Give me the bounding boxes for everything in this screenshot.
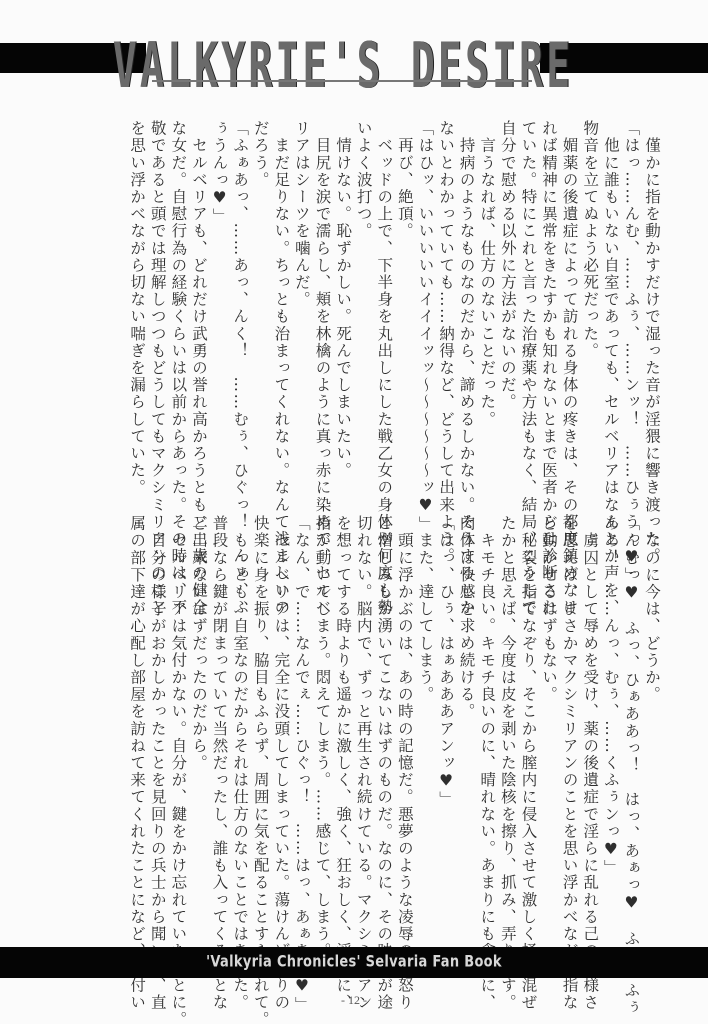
text-line: なのに今は、どうか。 xyxy=(641,515,662,923)
text-line: セルベリアは気付かない。自分が、鍵をかけ忘れていたことに。 xyxy=(168,515,189,923)
text-line: を思い浮かべながら切ない喘ぎを漏らしていた。 xyxy=(127,120,148,492)
text-line: 他に誰もいない自室であっても、セルベリアはなんとか声を、 xyxy=(600,120,621,492)
text-line: な女だ。自慰行為の経験くらいは以前からあった。その時は、不 xyxy=(168,120,189,492)
text-line: ど動かせるはずもない。 xyxy=(538,515,559,923)
text-line: 普段なら鍵が閉まっていて当然だったし、誰も入ってくることな xyxy=(209,515,230,923)
text-line: いよく波打つ。 xyxy=(353,120,374,492)
text-line: だろう。 xyxy=(250,120,271,492)
text-line: ないとわかっていても……納得など、どうして出来よう。 xyxy=(435,120,456,492)
text-line: 「はっ、ひぅ、はぁあああアンッ♥」 xyxy=(435,515,456,923)
text-line: 自分で慰める以外に方法がないのだ。 xyxy=(497,120,518,492)
body-text-top: 僅かに指を動かすだけで湿った音が淫猥に響き渡った。「はっ……んむ、……ふぅ、……… xyxy=(127,120,662,492)
text-line: ぅうんっ♥」 xyxy=(209,120,230,492)
text-line: 肉体は快感を求め続ける。 xyxy=(456,515,477,923)
text-line: 言うなれば、仕方のないことだった。 xyxy=(477,120,498,492)
text-line: 持病のようなものなのだから、諦めるしかない。そうするしか xyxy=(456,120,477,492)
text-line: れば精神に異常をきたすかも知れないとまで医者からは診断され xyxy=(538,120,559,492)
text-line: キモチ良い。キモチ良いのに、晴れない。あまりにも貪欲に、 xyxy=(477,515,498,923)
title-underline xyxy=(152,80,532,82)
text-line: 「んむっ♥ ふっ、ひぁああっ！ はっ、あぁっ♥ ふぅ、ふぅ xyxy=(621,515,642,923)
text-line: ど出来ないはずだったのだから。 xyxy=(188,515,209,923)
text-line: 情けない。恥ずかしい。死んでしまいたい。 xyxy=(333,120,354,492)
text-line: 敬であると頭では理解しつつもどうしてもマクシミリアンのこと xyxy=(147,120,168,492)
page-title: VALKYRIE'S DESIRE xyxy=(113,31,573,102)
text-line: ああ！ ……んっ、むぅ、……くふぅンっ♥」 xyxy=(600,515,621,923)
text-line: また、達してしまう。 xyxy=(415,515,436,923)
text-line: を思えば、まさかマクシミリアンのことを思い浮かべながら指な xyxy=(559,515,580,923)
body-text-bottom: なのに今は、どうか。「んむっ♥ ふっ、ひぁああっ！ はっ、あぁっ♥ ふぅ、ふぅあ… xyxy=(127,515,662,923)
text-line: 頭に浮かぶのは、あの時の記憶だ。悪夢のような凌辱の、怒り xyxy=(394,515,415,923)
text-line: 物音を立てぬよう必死だった。 xyxy=(580,120,601,492)
text-line: セルベリアも、どれだけ武勇の誉れ高かろうとも二二歳の健全 xyxy=(188,120,209,492)
text-line: 目尻を涙で濡らし、頬を林檎のように真っ赤に染めて、セルベ xyxy=(312,120,333,492)
text-line: ていた。特にこれと言った治療薬や方法もなく、結局、こうして xyxy=(518,120,539,492)
footer-bar: 'Valkyria Chronicles' Selvaria Fan Book xyxy=(0,947,708,978)
text-line: ベッドの上で、下半身を丸出しにした戦乙女の身体が何度も勢 xyxy=(374,120,395,492)
text-line: リアはシーツを噛んだ。 xyxy=(291,120,312,492)
page-number: - 12 - xyxy=(0,993,708,1008)
text-line: 「はひッ、いいいいいイイイッッ～～～～～～ッ♥」 xyxy=(415,120,436,492)
title-plate: VALKYRIE'S DESIRE xyxy=(146,24,540,110)
text-line: まだ足りない。ちっとも治まってくれない。なんて浅ましいの xyxy=(271,120,292,492)
text-line: 切れない。脳内で、ずっと再生され続けている。マクシミリアン xyxy=(353,515,374,923)
text-line: 属の部下達が心配し部屋を訪ねて来てくれたことになど、気付い xyxy=(127,515,148,923)
text-line: 秘裂を指でなぞり、そこから膣内に侵入させて激しく掻き混ぜ xyxy=(518,515,539,923)
text-line: たかと思えば、今度は皮を剥いた陰核を擦り、抓み、弄り回す。 xyxy=(497,515,518,923)
text-line: セルベリアは、完全に没頭してしまっていた。蕩けんばかりの xyxy=(271,515,292,923)
text-line: 媚薬の後遺症によって訪れる身体の疼きは、その都度鎮めなけ xyxy=(559,120,580,492)
book-title: 'Valkyria Chronicles' Selvaria Fan Book xyxy=(206,954,502,972)
text-line: 虜囚として辱めを受け、薬の後遺症で淫らに乱れる己の無様さ xyxy=(580,515,601,923)
text-line: 「はっ……んむ、……ふぅ、……ンッ！ ……ひぅうっ♥」 xyxy=(621,120,642,492)
text-line: 指が動いてしまう。悶えてしまう。……感じて、しまう。 xyxy=(312,515,333,923)
text-line: 自分の様子がおかしかったことを見回りの兵士から聞いて、直 xyxy=(147,515,168,923)
text-line: 再び、絶頂。 xyxy=(394,120,415,492)
text-line: もっとも、自室なのだからそれは仕方のないことではあった。 xyxy=(230,515,251,923)
text-line: を想ってする時よりも遥かに激しく、強く、狂おしく、淫らに、 xyxy=(333,515,354,923)
text-line: 「なん、で……なんでぇ……ひぐっ！ ……はっ、あぁあっ♥」 xyxy=(291,515,312,923)
text-line: 僅かに指を動かすだけで湿った音が淫猥に響き渡った。 xyxy=(641,120,662,492)
text-line: 「ふぁあっ、……あっ、んく！ ……むぅ、ひぐっ！ んぁ、ふ xyxy=(230,120,251,492)
text-line: と憎しみしか湧いてこないはずのものだ。なのに、その映像が途 xyxy=(374,515,395,923)
text-line: 快楽に身を振り、脇目もふらず、周囲に気を配ることすら忘れて。 xyxy=(250,515,271,923)
